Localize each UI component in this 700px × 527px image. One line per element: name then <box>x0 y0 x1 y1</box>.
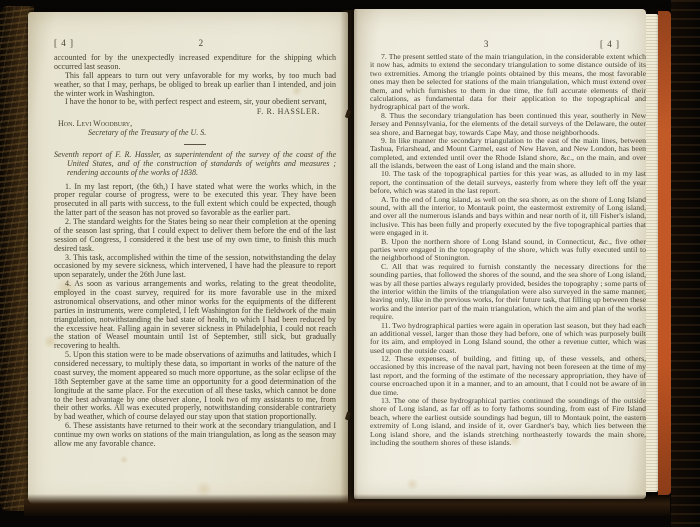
letter-signature: F. R. HASSLER. <box>54 108 336 117</box>
page-right-number: 3 <box>484 39 490 49</box>
fore-edge-orange <box>658 11 671 495</box>
paragraph-10: 10. The task of the topographical partie… <box>370 170 646 195</box>
paragraph-1: 1. In my last report, (the 6th,) I have … <box>54 183 336 219</box>
page-left: [ 4 ] 2 accounted for by the unexpectedl… <box>28 12 348 504</box>
book-cover-right-edge <box>671 0 700 527</box>
paragraph-8: 8. Thus the secondary triangulation has … <box>370 112 646 137</box>
page-right-text: 7. The present settled state of the main… <box>370 53 646 447</box>
page-left-text: accounted for by the unexpectedly increa… <box>54 54 336 449</box>
paragraph-6: 6. These assistants have returned to the… <box>54 422 336 449</box>
page-left-number: 2 <box>199 38 205 48</box>
page-right-header: 3 [ 4 ] <box>370 39 620 49</box>
page-right: 3 [ 4 ] 7. The present settled state of … <box>354 9 646 499</box>
page-left-header-spacer <box>329 38 332 48</box>
paragraph-7: 7. The present settled state of the main… <box>370 53 646 112</box>
report-title: Seventh report of F. R. Hassler, as supe… <box>54 151 336 178</box>
page-right-signature-mark: [ 4 ] <box>600 39 620 49</box>
page-left-header: [ 4 ] 2 <box>54 38 332 48</box>
paragraph-4: 4. As soon as various arrangements and w… <box>54 280 336 351</box>
book-bottom-edge-shadow <box>24 494 670 516</box>
paragraph-11: 11. Two hydrographical parties were agai… <box>370 322 646 356</box>
letter-paragraph-weather: This fall appears to turn out very unfav… <box>54 72 336 99</box>
paragraph-12: 12. These expenses, of building, and fit… <box>370 355 646 397</box>
book-photo-background: [ 4 ] 2 accounted for by the unexpectedl… <box>0 0 700 527</box>
letter-continuation: accounted for by the unexpectedly increa… <box>54 54 336 72</box>
paragraph-9: 9. In like manner the secondary triangul… <box>370 137 646 171</box>
page-left-signature-mark: [ 4 ] <box>54 38 74 48</box>
book-gutter <box>340 10 358 504</box>
letter-closing: I have the honor to be, with perfect res… <box>54 98 336 107</box>
section-divider-rule <box>184 144 206 145</box>
page-right-header-spacer <box>370 39 373 49</box>
page-edge-stack <box>646 14 658 492</box>
letter-addressee-title: Secretary of the Treasury of the U. S. <box>54 129 336 138</box>
paragraph-2: 2. The standard weights for the States b… <box>54 218 336 254</box>
paragraph-10b: B. Upon the northern shore of Long Islan… <box>370 238 646 263</box>
paragraph-3: 3. This task, accomplished within the ti… <box>54 254 336 281</box>
paragraph-13: 13. The one of these hydrographical part… <box>370 397 646 447</box>
paragraph-5: 5. Upon this station were to be made obs… <box>54 351 336 422</box>
paragraph-10a: A. To the end of Long island, as well on… <box>370 196 646 238</box>
paragraph-10c: C. All that was required to furnish cons… <box>370 263 646 322</box>
